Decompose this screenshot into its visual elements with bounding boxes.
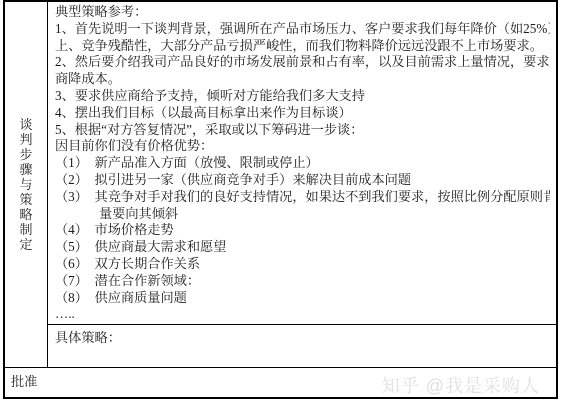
- strategy-line: （8） 供应商质量问题: [55, 290, 550, 307]
- strategy-line: 商降成本。: [55, 71, 550, 88]
- strategy-line: 上、竞争残酷性，大部分产品亏损严峻性，而我们物料降价远远没跟不上市场要求。: [55, 38, 550, 55]
- strategy-line-continuation: 量要向其倾斜: [55, 206, 550, 223]
- approval-row: 批准 知乎 @我是采购人: [5, 368, 556, 397]
- strategy-line: 因目前你们没有价格优势：: [55, 138, 550, 155]
- strategy-line: （1） 新产品准入方面（放慢、限制或停止）: [55, 155, 550, 172]
- strategy-line: （4） 市场价格走势: [55, 222, 550, 239]
- specific-strategy-label: 具体策略：: [55, 330, 121, 345]
- strategy-line: 1、首先说明一下谈判背景，强调所在产品市场压力、客户要求我们每年降价（如25%）…: [55, 21, 550, 38]
- strategy-line: 5、根据“对方答复情况”，采取或以下筹码进一步谈：: [55, 122, 550, 139]
- strategy-cell: 典型策略参考： 1、首先说明一下谈判背景，强调所在产品市场压力、客户要求我们每年…: [48, 2, 556, 324]
- strategy-line: 2、然后要介绍我司产品良好的市场发展前景和占有率，以及目前需求上量情况，要求供应: [55, 54, 550, 71]
- watermark-text: 知乎 @我是采购人: [382, 372, 540, 398]
- approval-label: 批准: [11, 374, 37, 389]
- strategy-line: …..: [55, 306, 550, 323]
- strategy-content-column: 典型策略参考： 1、首先说明一下谈判背景，强调所在产品市场压力、客户要求我们每年…: [48, 2, 556, 367]
- strategy-line: （5） 供应商最大需求和愿望: [55, 239, 550, 256]
- strategy-title: 典型策略参考：: [55, 4, 550, 21]
- strategy-line: 3、要求供应商给予支持，倾听对方能给我们多大支持: [55, 88, 550, 105]
- specific-strategy-cell: 具体策略：: [48, 324, 556, 367]
- page: { "table": { "header_col": "谈判步骤与策略制定", …: [0, 0, 568, 406]
- row-header-cell: 谈判步骤与策略制定: [5, 2, 48, 367]
- negotiation-strategy-table: 谈判步骤与策略制定 典型策略参考： 1、首先说明一下谈判背景，强调所在产品市场压…: [3, 0, 558, 399]
- row-header-vertical-label: 谈判步骤与策略制定: [19, 117, 33, 252]
- strategy-line: （7） 潜在合作新领域：: [55, 273, 550, 290]
- strategy-line: 4、摆出我们目标（以最高目标拿出来作为目标谈）: [55, 105, 550, 122]
- strategy-line: （3） 其竞争对手对我们的良好支持情况，如果达不到我们要求，按照比例分配原则肯定: [55, 189, 550, 206]
- strategy-line: （2） 拟引进另一家（供应商竞争对手）来解决目前成本问题: [55, 172, 550, 189]
- strategy-line: （6） 双方长期合作关系: [55, 256, 550, 273]
- strategy-row: 谈判步骤与策略制定 典型策略参考： 1、首先说明一下谈判背景，强调所在产品市场压…: [5, 2, 556, 368]
